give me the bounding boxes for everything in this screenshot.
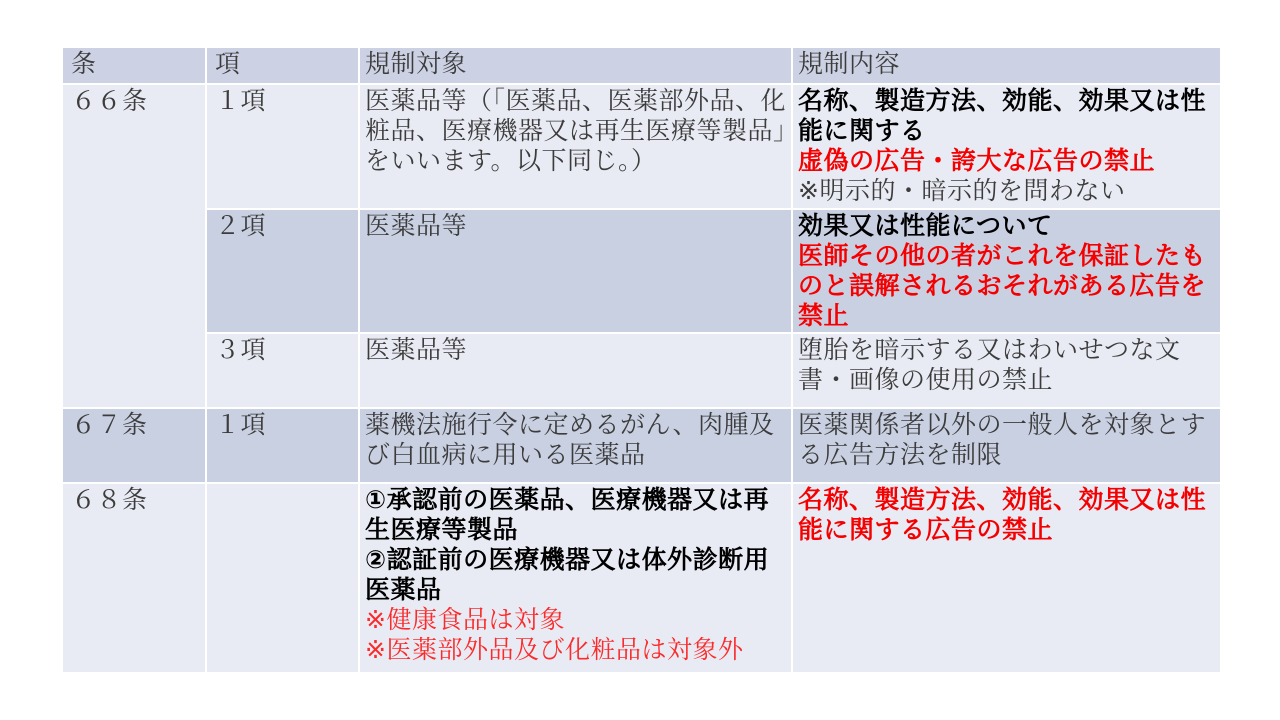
cell-article-67: ６７条 (63, 409, 205, 482)
cell-content-66-2: 効果又は性能について 医師その他の者がこれを保証したものと誤解されるおそれがある… (793, 210, 1220, 332)
target-line-bold: ①承認前の医薬品、医療機器又は再生医療等製品 (365, 485, 789, 545)
cell-content-68: 名称、製造方法、効能、効果又は性能に関する広告の禁止 (793, 484, 1220, 672)
cell-target-67-1: 薬機法施行令に定めるがん、肉腫及び白血病に用いる医薬品 (360, 409, 791, 482)
content-line-bold: 名称、製造方法、効能、効果又は性能に関する (798, 86, 1218, 146)
cell-target-68: ①承認前の医薬品、医療機器又は再生医療等製品 ②認証前の医療機器又は体外診断用医… (360, 484, 791, 672)
target-line-note-red: ※健康食品は対象 (365, 605, 789, 635)
cell-target-66-1: 医薬品等（「医薬品、医薬部外品、化粧品、医療機器又は再生医療等製品」をいいます。… (360, 85, 791, 208)
content-line-bold-red: 虚偽の広告・誇大な広告の禁止 (798, 146, 1218, 176)
header-cell-item: 項 (207, 48, 358, 83)
cell-item-68 (207, 484, 358, 672)
cell-article-68: ６８条 (63, 484, 205, 672)
content-line-bold: 効果又は性能について (798, 211, 1218, 241)
cell-target-66-3: 医薬品等 (360, 334, 791, 407)
target-line-note-red: ※医薬部外品及び化粧品は対象外 (365, 635, 789, 665)
header-cell-content: 規制内容 (793, 48, 1220, 83)
header-cell-article: 条 (63, 48, 205, 83)
cell-item-66-2: ２項 (207, 210, 358, 332)
regulation-table: 条 項 規制対象 規制内容 ６６条 １項 医薬品等（「医薬品、医薬部外品、化粧品… (63, 48, 1220, 672)
cell-content-66-3: 堕胎を暗示する又はわいせつな文書・画像の使用の禁止 (793, 334, 1220, 407)
cell-target-66-2: 医薬品等 (360, 210, 791, 332)
cell-content-67-1: 医薬関係者以外の一般人を対象とする広告方法を制限 (793, 409, 1220, 482)
content-line-bold-red: 名称、製造方法、効能、効果又は性能に関する広告の禁止 (798, 485, 1218, 545)
cell-item-66-3: ３項 (207, 334, 358, 407)
cell-item-66-1: １項 (207, 85, 358, 208)
cell-content-66-1: 名称、製造方法、効能、効果又は性能に関する 虚偽の広告・誇大な広告の禁止 ※明示… (793, 85, 1220, 208)
target-line-bold: ②認証前の医療機器又は体外診断用医薬品 (365, 545, 789, 605)
cell-article-66: ６６条 (63, 85, 205, 407)
slide-background: 条 項 規制対象 規制内容 ６６条 １項 医薬品等（「医薬品、医薬部外品、化粧品… (0, 0, 1280, 720)
content-line-note: ※明示的・暗示的を問わない (798, 176, 1218, 206)
content-line-bold-red: 医師その他の者がこれを保証したものと誤解されるおそれがある広告を禁止 (798, 241, 1218, 331)
header-cell-target: 規制対象 (360, 48, 791, 83)
cell-item-67-1: １項 (207, 409, 358, 482)
